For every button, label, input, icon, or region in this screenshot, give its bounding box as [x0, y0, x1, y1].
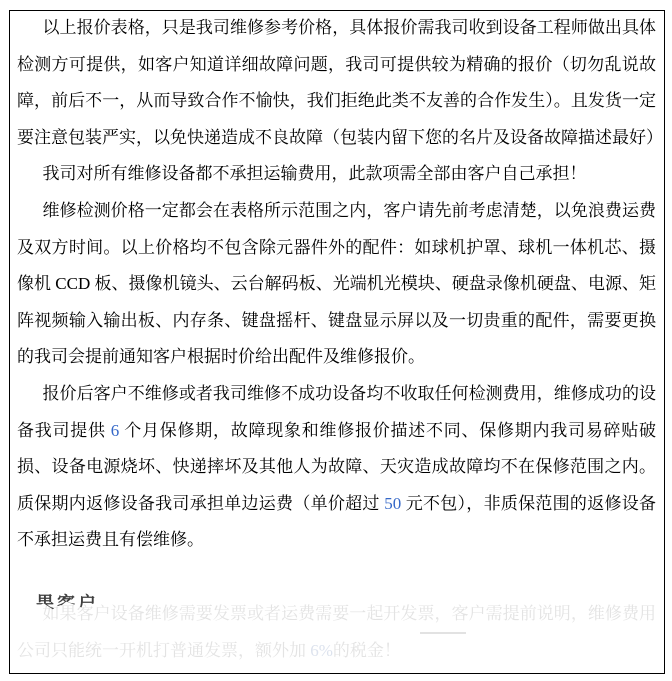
accent-number: 6%	[310, 641, 333, 660]
para-quote-disclaimer: 以上报价表格，只是我司维修参考价格，具体报价需我司收到设备工程师做出具体检测方可…	[17, 10, 656, 156]
text-run: 我司对所有维修设备都不承担运输费用，此款项需全部由客户自己承担！	[43, 164, 587, 183]
para-price-scope: 维修检测价格一定都会在表格所示范围之内，客户请先前考虑清楚，以免浪费运费及双方时…	[17, 193, 656, 376]
para-warranty: 报价后客户不维修或者我司维修不成功设备均不收取任何检测费用，维修成功的设备我司提…	[17, 376, 656, 559]
text-run: 以上报价表格，只是我司维修参考价格，具体报价需我司收到设备工程师做出具体检测方可…	[17, 18, 663, 147]
para-invoice-note-faded: 如果客户设备维修需要发票或者运费需要一起开发票，客户需提前说明，维修费用公司只能…	[17, 596, 656, 669]
text-run: 的税金！	[333, 641, 401, 660]
accent-number: 50	[384, 494, 401, 513]
document-body: 以上报价表格，只是我司维修参考价格，具体报价需我司收到设备工程师做出具体检测方可…	[17, 10, 656, 669]
faint-smudge	[420, 632, 466, 634]
accent-number: 6	[111, 421, 120, 440]
para-shipping-fee: 我司对所有维修设备都不承担运输费用，此款项需全部由客户自己承担！	[17, 156, 656, 193]
text-run: 维修检测价格一定都会在表格所示范围之内，客户请先前考虑清楚，以免浪费运费及双方时…	[17, 201, 656, 366]
